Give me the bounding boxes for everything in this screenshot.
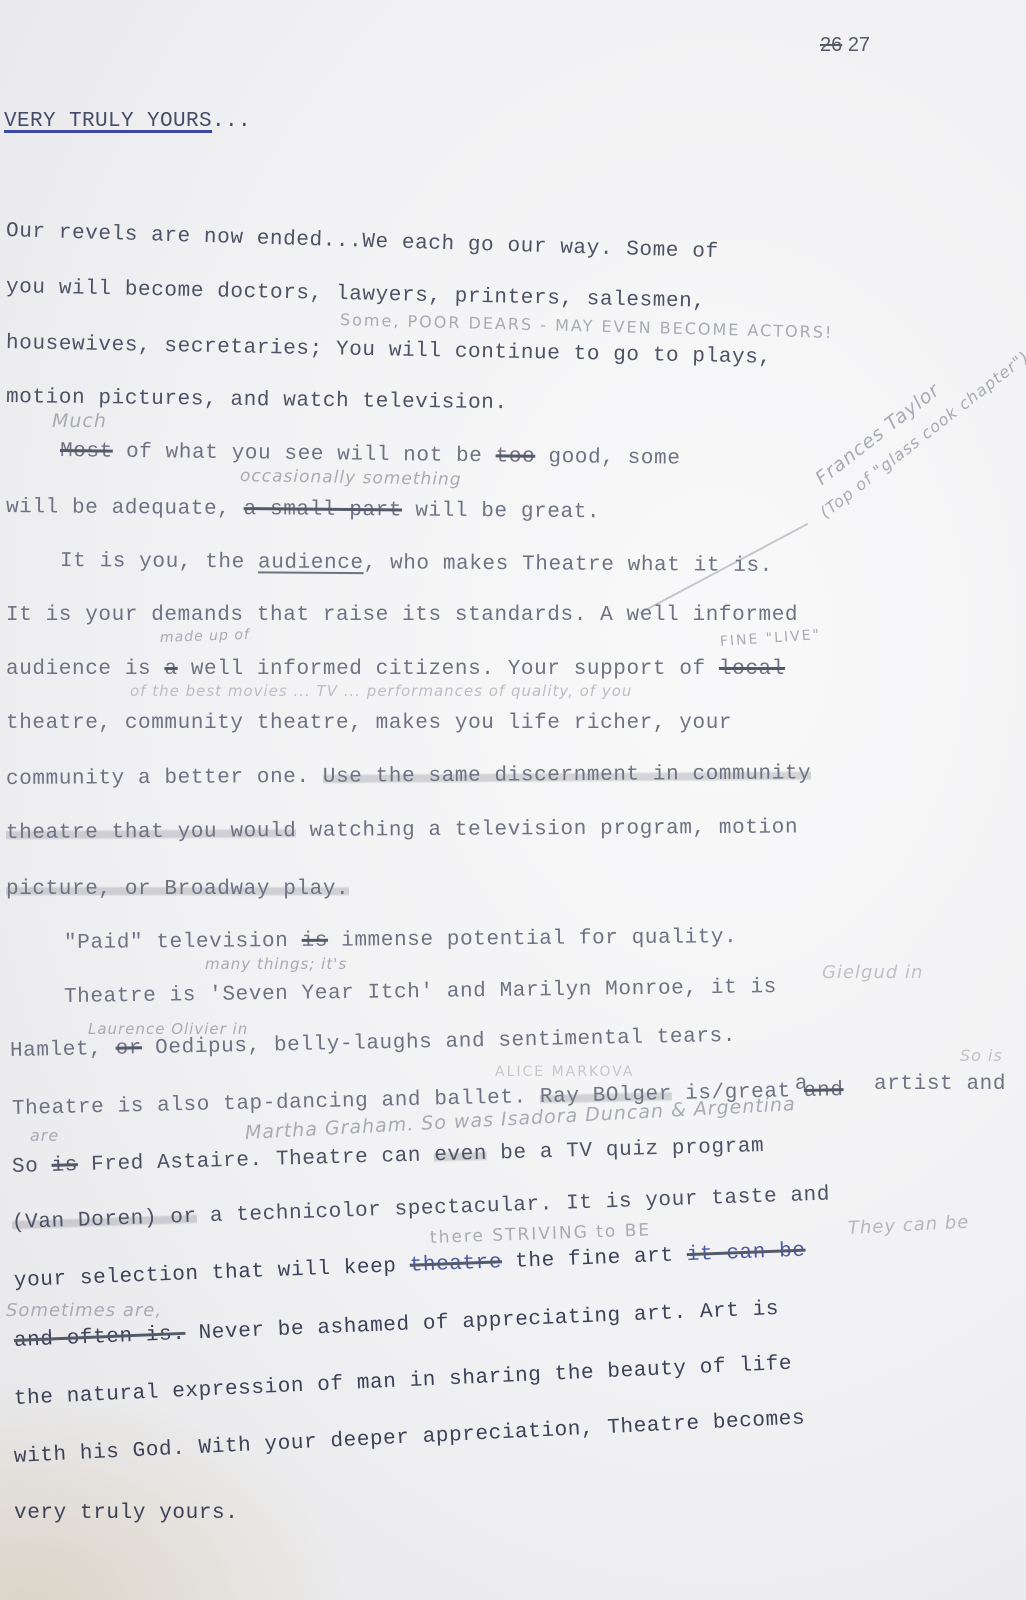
line-text: a technicolor spectacular. It is your ta… — [196, 1183, 830, 1228]
page-title: VERY TRULY YOURS... — [4, 110, 251, 133]
line-text: be a TV quiz program — [487, 1135, 765, 1166]
line-text: of what you see will not be — [113, 441, 496, 469]
struck-text: a small part — [244, 498, 403, 522]
line-text: It is you, the — [60, 550, 258, 574]
line-text: , who makes Theatre what it is. — [364, 552, 773, 578]
struck-text: is — [302, 930, 329, 953]
note-glass-cook: (Top of "glass cook chapter") — [816, 347, 1026, 522]
line-text: watching a television program, motion — [296, 816, 798, 843]
struck-text: Most — [60, 440, 113, 464]
typed-line: It is your demands that raise its standa… — [6, 604, 798, 627]
line-text: will be great. — [402, 499, 600, 524]
line-text: immense potential for quality. — [328, 926, 737, 953]
line-text: very truly yours. — [14, 1502, 238, 1525]
struck-text: too — [495, 445, 535, 468]
line-text: is/great — [672, 1080, 805, 1106]
page-number-current: 27 — [848, 34, 870, 56]
line-text: with his God. With your deeper appreciat… — [13, 1407, 805, 1469]
typed-line: your selection that will keep theatre th… — [14, 1240, 806, 1293]
note-much: Much — [52, 410, 107, 432]
typewritten-page: 26 27 VERY TRULY YOURS... Some, POOR DEA… — [0, 0, 1026, 1600]
typed-line: will be adequate, a small part will be g… — [6, 496, 600, 524]
note-sometimes-are: Sometimes are, — [6, 1300, 162, 1321]
struck-text: and — [804, 1079, 844, 1103]
typed-line: theatre that you would watching a televi… — [6, 816, 798, 845]
line-text: you will become doctors, lawyers, printe… — [6, 276, 706, 314]
typed-line: community a better one. Use the same dis… — [6, 762, 811, 791]
line-text: will be adequate, — [6, 496, 244, 521]
typed-line: audience is a well informed citizens. Yo… — [6, 658, 785, 681]
struck-text: is — [51, 1154, 78, 1178]
typed-line: Our revels are now ended...We each go ou… — [6, 220, 719, 264]
note-occasionally: occasionally something — [240, 466, 462, 490]
line-text: well informed citizens. Your support of — [178, 658, 719, 681]
typed-line: "Paid" television is immense potential f… — [64, 926, 737, 955]
closing-line: very truly yours. — [14, 1502, 238, 1525]
line-text: "Paid" television — [64, 930, 302, 955]
title-text: VERY TRULY YOURS — [4, 110, 212, 133]
struck-text: local — [719, 658, 785, 681]
struck-text: and often is. — [14, 1323, 186, 1353]
typed-line: (Van Doren) or a technicolor spectacular… — [12, 1183, 831, 1235]
struck-text: a — [164, 658, 177, 681]
typed-line: the natural expression of man in sharing… — [13, 1353, 792, 1411]
line-text: Theatre is 'Seven Year Itch' and Marilyn… — [64, 976, 777, 1009]
note-alice-markova: ALICE MARKOVA — [495, 1064, 634, 1080]
line-text: the natural expression of man in sharing… — [13, 1353, 792, 1411]
line-text: It is your demands that raise its standa… — [6, 604, 798, 627]
line-text: Never be ashamed of appreciating art. Ar… — [185, 1298, 780, 1346]
note-gielgud: Gielgud in — [822, 962, 923, 983]
line-text: good, some — [535, 446, 681, 471]
line-text: housewives, secretaries; You will contin… — [6, 332, 772, 370]
struck-text: theatre — [409, 1251, 502, 1278]
line-text: your selection that will keep — [14, 1255, 411, 1293]
smeared-text: Use the same discernment in community — [323, 762, 812, 788]
typed-line: Theatre is 'Seven Year Itch' and Marilyn… — [64, 976, 777, 1009]
smeared-text: (Van Doren) or — [12, 1206, 198, 1235]
typed-line: picture, or Broadway play. — [6, 878, 349, 901]
typed-line: with his God. With your deeper appreciat… — [13, 1407, 805, 1469]
line-text: Fred Astaire. Theatre can — [78, 1144, 435, 1177]
line-text: Our revels are now ended...We each go ou… — [6, 220, 719, 264]
title-ellipsis: ... — [212, 110, 251, 133]
paper-shadow — [0, 1380, 360, 1600]
underlined-text: audience — [258, 551, 364, 575]
typed-line: theatre, community theatre, makes you li… — [6, 712, 732, 735]
smeared-text: theatre that you would — [6, 820, 297, 845]
line-text: theatre, community theatre, makes you li… — [6, 712, 732, 735]
struck-text: it can be — [686, 1240, 806, 1268]
typed-line: It is you, the audience, who makes Theat… — [60, 550, 773, 578]
smeared-text: Ray BOlger — [540, 1083, 673, 1109]
page-number-struck: 26 — [820, 34, 842, 56]
note-fine-live: FINE "LIVE" — [719, 627, 821, 650]
note-they-can-be: They can be — [847, 1212, 969, 1239]
note-poor-dears: Some, POOR DEARS - MAY EVEN BECOME ACTOR… — [340, 310, 834, 342]
line-text: audience is — [6, 658, 164, 681]
line-text: Hamlet, — [10, 1038, 116, 1063]
smeared-text: even — [434, 1143, 487, 1167]
typed-line: So is Fred Astaire. Theatre can even be … — [12, 1135, 765, 1179]
note-many-things: many things; it's — [205, 955, 347, 973]
typed-line: housewives, secretaries; You will contin… — [6, 332, 772, 370]
line-text: the fine art — [502, 1244, 688, 1274]
note-made-up-of: made up of — [160, 627, 250, 646]
typed-line: you will become doctors, lawyers, printe… — [6, 276, 706, 314]
struck-text: or — [115, 1037, 142, 1061]
line-text: So — [12, 1155, 52, 1179]
typed-line: Most of what you see will not be too goo… — [60, 440, 681, 471]
smeared-text: picture, or Broadway play. — [6, 878, 349, 901]
page-number: 26 27 — [820, 34, 870, 57]
note-are: are — [30, 1126, 59, 1145]
note-striving: there STRIVING to BE — [430, 1220, 652, 1248]
note-best-movies: of the best movies ... TV ... performanc… — [130, 682, 632, 700]
line-text: community a better one. — [6, 766, 323, 791]
